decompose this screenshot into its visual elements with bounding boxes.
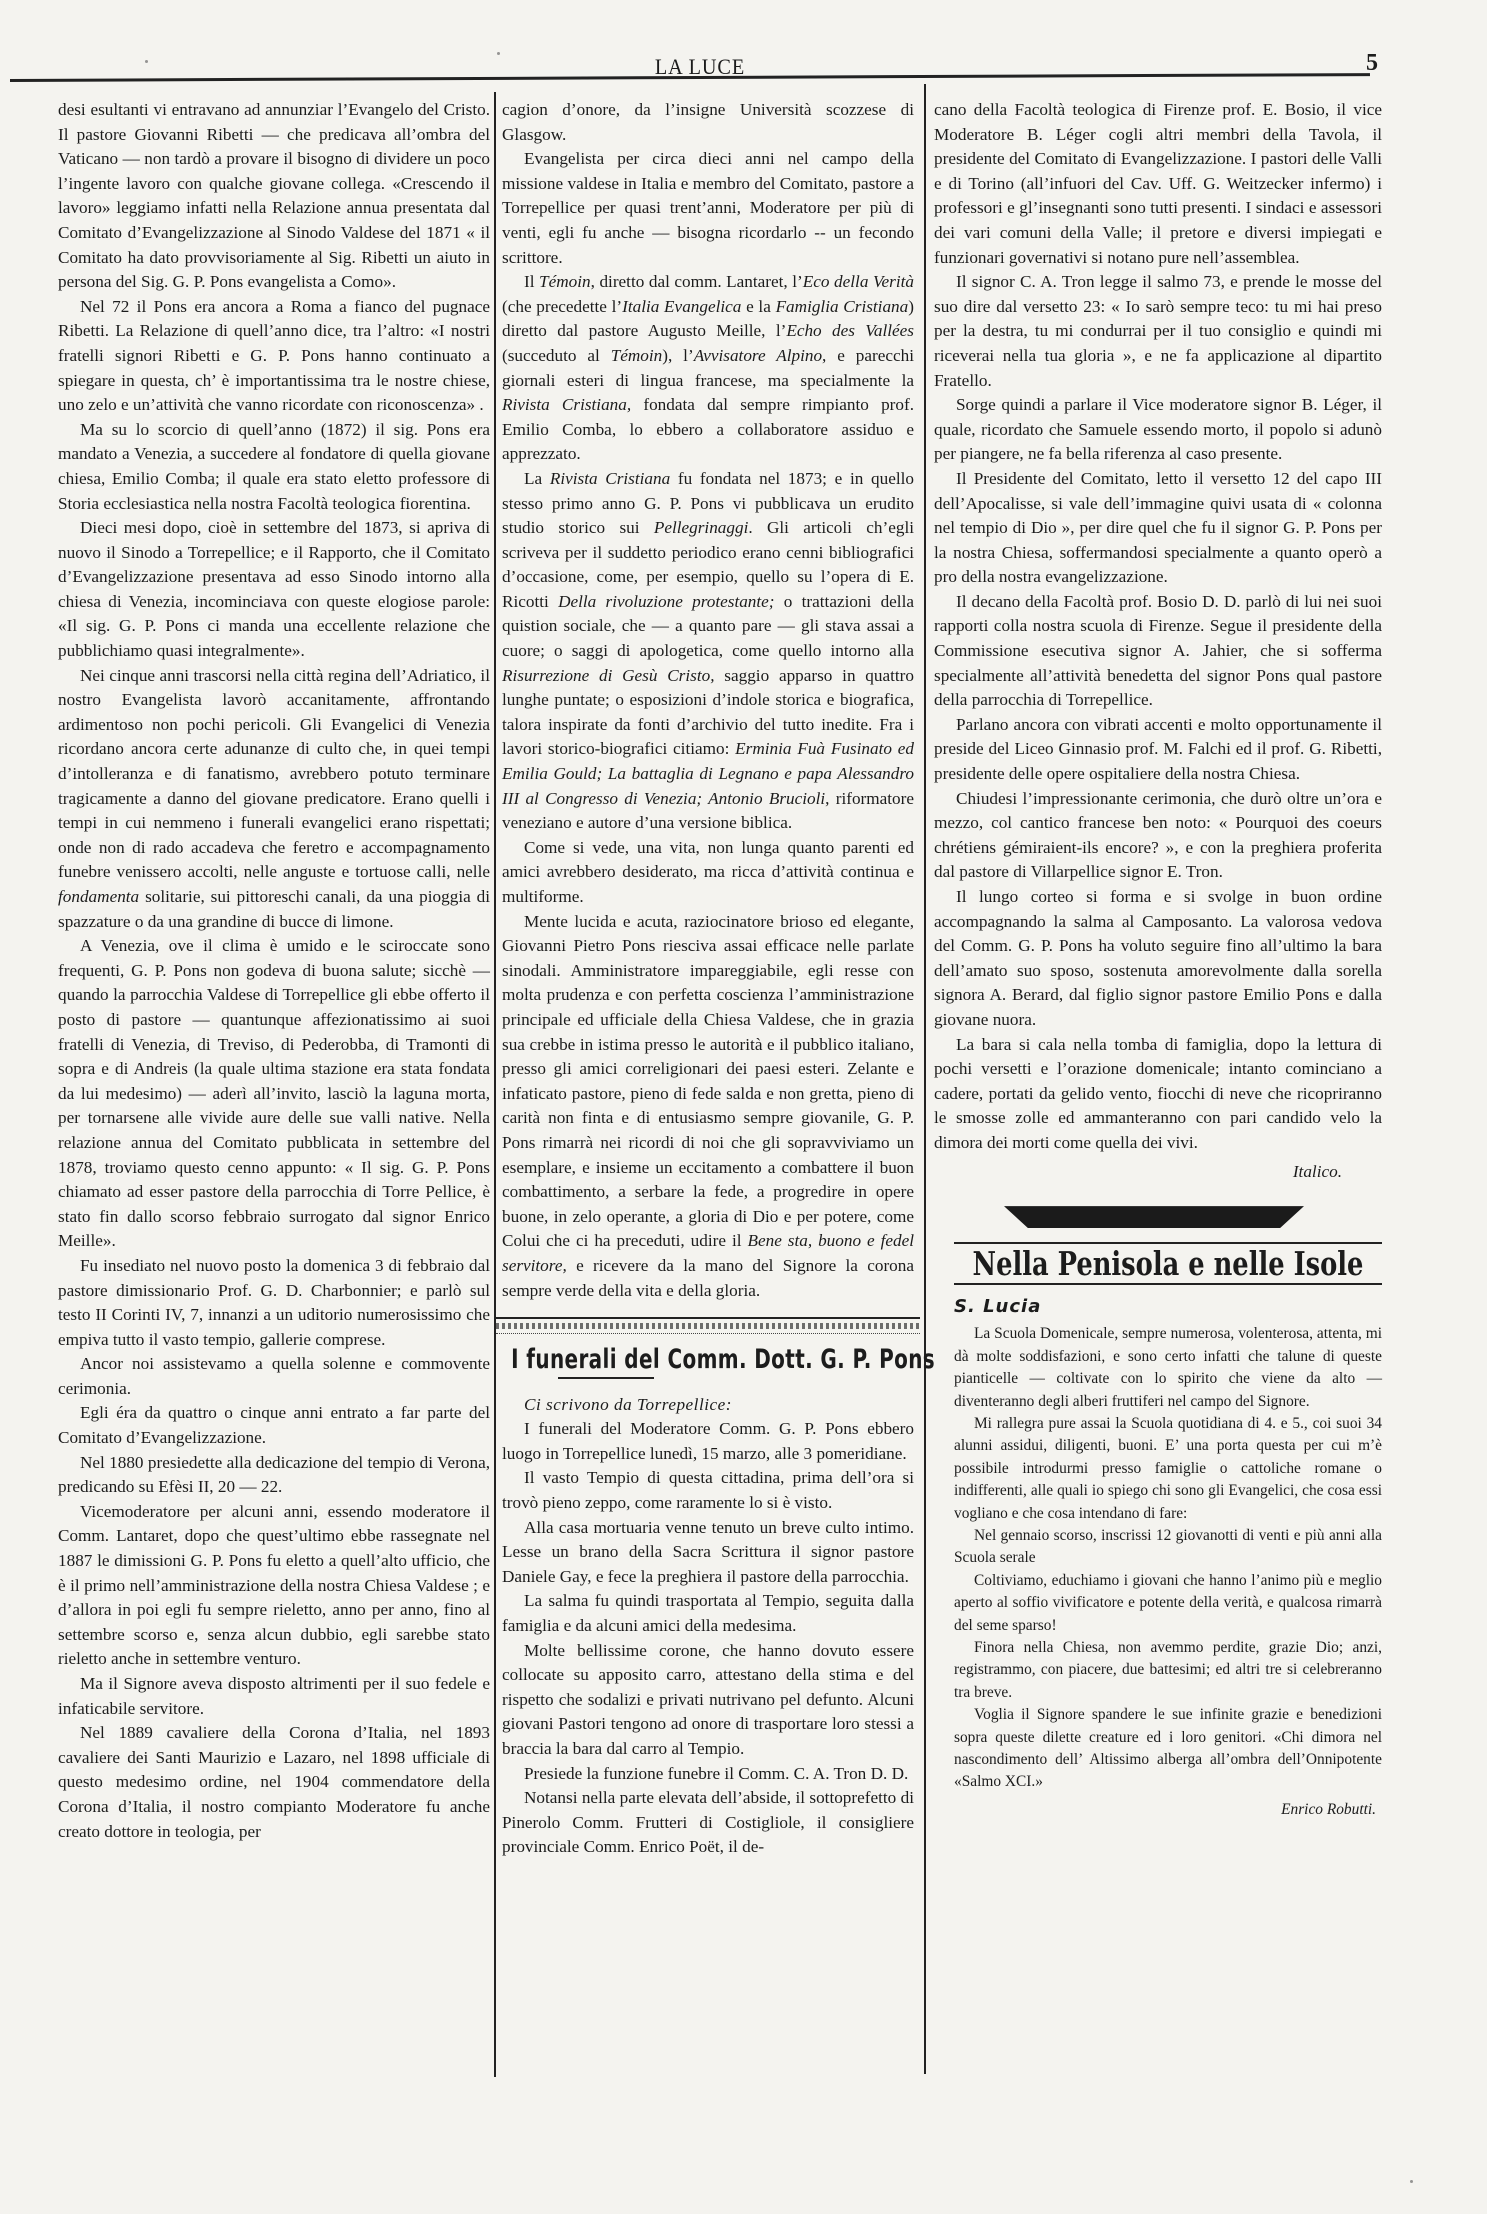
newspaper-page: LA LUCE 5 desi esultanti vi entravano ad… [0, 0, 1487, 2214]
paragraph: Chiudesi l’impressionante cerimonia, che… [934, 787, 1382, 885]
print-speck [145, 60, 148, 63]
paragraph: Ma il Signore aveva disposto altrimenti … [58, 1672, 490, 1721]
paragraph: Egli éra da quattro o cinque anni entrat… [58, 1401, 490, 1450]
paragraph: Fu insediato nel nuovo posto la domenica… [58, 1254, 490, 1352]
paragraph: cagion d’onore, da l’insigne Università … [502, 98, 914, 147]
paragraph-publications: Il Témoin, diretto dal comm. Lantaret, l… [502, 270, 914, 467]
paragraph: Nel 72 il Pons era ancora a Roma a fianc… [58, 295, 490, 418]
paragraph: desi esultanti vi entravano ad annunziar… [58, 98, 490, 295]
headline-underline [558, 1377, 654, 1379]
paragraph-writings: La Rivista Cristiana fu fondata nel 1873… [502, 467, 914, 836]
paragraph: Molte bellissime corone, che hanno dovut… [502, 1639, 914, 1762]
paragraph-eulogy: Mente lucida e acuta, raziocinatore brio… [502, 910, 914, 1304]
paragraph: La Scuola Domenicale, sempre numerosa, v… [954, 1323, 1382, 1413]
paragraph: Nei cinque anni trascorsi nella città re… [58, 664, 490, 935]
paragraph: Sorge quindi a parlare il Vice moderator… [934, 393, 1382, 467]
section-header-box: Nella Penisola e nelle Isole [954, 1242, 1382, 1285]
paragraph: Parlano ancora con vibrati accenti e mol… [934, 713, 1382, 787]
paragraph: Il lungo corteo si forma e si svolge in … [934, 885, 1382, 1033]
paragraph: Mi rallegra pure assai la Scuola quotidi… [954, 1413, 1382, 1525]
author-signature: Italico. [934, 1160, 1382, 1185]
paragraph: Alla casa mortuaria venne tenuto un brev… [502, 1516, 914, 1590]
article-separator [496, 1317, 920, 1334]
dateline: Ci scrivono da Torrepellice: [502, 1393, 914, 1418]
author-signature: Enrico Robutti. [934, 1798, 1382, 1823]
end-ornament [1004, 1206, 1304, 1228]
text-run: Nei cinque anni trascorsi nella città re… [58, 666, 490, 882]
paragraph: Il decano della Facoltà prof. Bosio D. D… [934, 590, 1382, 713]
paragraph: I funerali del Moderatore Comm. G. P. Po… [502, 1417, 914, 1466]
paragraph: Finora nella Chiesa, non avemmo perdite,… [954, 1637, 1382, 1704]
print-speck [1410, 2180, 1413, 2183]
paragraph: Ancor noi assistevamo a quella solenne e… [58, 1352, 490, 1401]
paragraph: Il vasto Tempio di questa cittadina, pri… [502, 1466, 914, 1515]
section-title: Nella Penisola e nelle Isole [970, 1252, 1366, 1277]
column-3: cano della Facoltà teologica di Firenze … [934, 98, 1382, 1822]
paragraph: Notansi nella parte elevata dell’abside,… [502, 1786, 914, 1860]
paragraph: Nel 1880 presiedette alla dedicazione de… [58, 1451, 490, 1500]
paragraph: Voglia il Signore spandere le sue infini… [954, 1704, 1382, 1794]
column-2: cagion d’onore, da l’insigne Università … [502, 98, 914, 1860]
paragraph: La salma fu quindi trasportata al Tempio… [502, 1589, 914, 1638]
paragraph: Il signor C. A. Tron legge il salmo 73, … [934, 270, 1382, 393]
paragraph: A Venezia, ove il clima è umido e le sci… [58, 934, 490, 1254]
paragraph: Nel gennaio scorso, inscrissi 12 giovano… [954, 1525, 1382, 1570]
article-headline: I funerali del Comm. Dott. G. P. Pons [511, 1348, 905, 1373]
paragraph: Nel 1889 cavaliere della Corona d’Italia… [58, 1721, 490, 1844]
print-speck [497, 52, 500, 55]
paragraph: cano della Facoltà teologica di Firenze … [934, 98, 1382, 270]
paragraph: Vicemoderatore per alcuni anni, essendo … [58, 1500, 490, 1672]
paragraph: Il Presidente del Comitato, letto il ver… [934, 467, 1382, 590]
column-1-biography-continued: desi esultanti vi entravano ad annunziar… [58, 98, 490, 1844]
italic-term: fondamenta [58, 887, 139, 906]
paragraph: La bara si cala nella tomba di famiglia,… [934, 1033, 1382, 1156]
paragraph: Dieci mesi dopo, cioè in settembre del 1… [58, 516, 490, 664]
column-divider-1 [494, 92, 496, 2077]
section-s-lucia: S. Lucia La Scuola Domenicale, sempre nu… [934, 1295, 1382, 1823]
paragraph: Coltiviamo, educhiamo i giovani che hann… [954, 1570, 1382, 1637]
paragraph: Ma su lo scorcio di quell’anno (1872) il… [58, 418, 490, 516]
paragraph: Presiede la funzione funebre il Comm. C.… [502, 1762, 914, 1787]
paragraph: Come si vede, una vita, non lunga quanto… [502, 836, 914, 910]
column-divider-2 [924, 84, 926, 2074]
location-subhead: S. Lucia [954, 1295, 1382, 1320]
paragraph: Evangelista per circa dieci anni nel cam… [502, 147, 914, 270]
